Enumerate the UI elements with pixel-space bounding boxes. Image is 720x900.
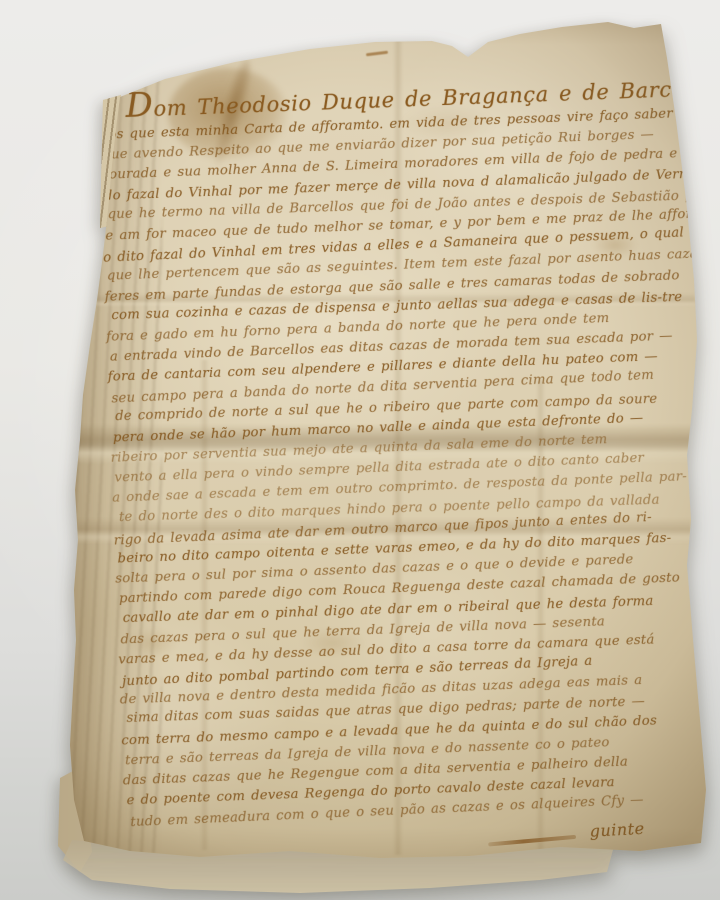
- flourish-dash: [488, 835, 576, 847]
- top-ink-mark: [366, 51, 388, 57]
- catchword: guinte: [589, 819, 645, 841]
- manuscript-document: Dom Theodosio Duque de Bragança e de Bar…: [0, 0, 720, 900]
- photo-background: Dom Theodosio Duque de Bragança e de Bar…: [0, 0, 720, 900]
- manuscript-lines: Aos que esta minha Carta de afforamto. e…: [98, 104, 699, 832]
- handwritten-text: Dom Theodosio Duque de Bragança e de Bar…: [97, 70, 699, 832]
